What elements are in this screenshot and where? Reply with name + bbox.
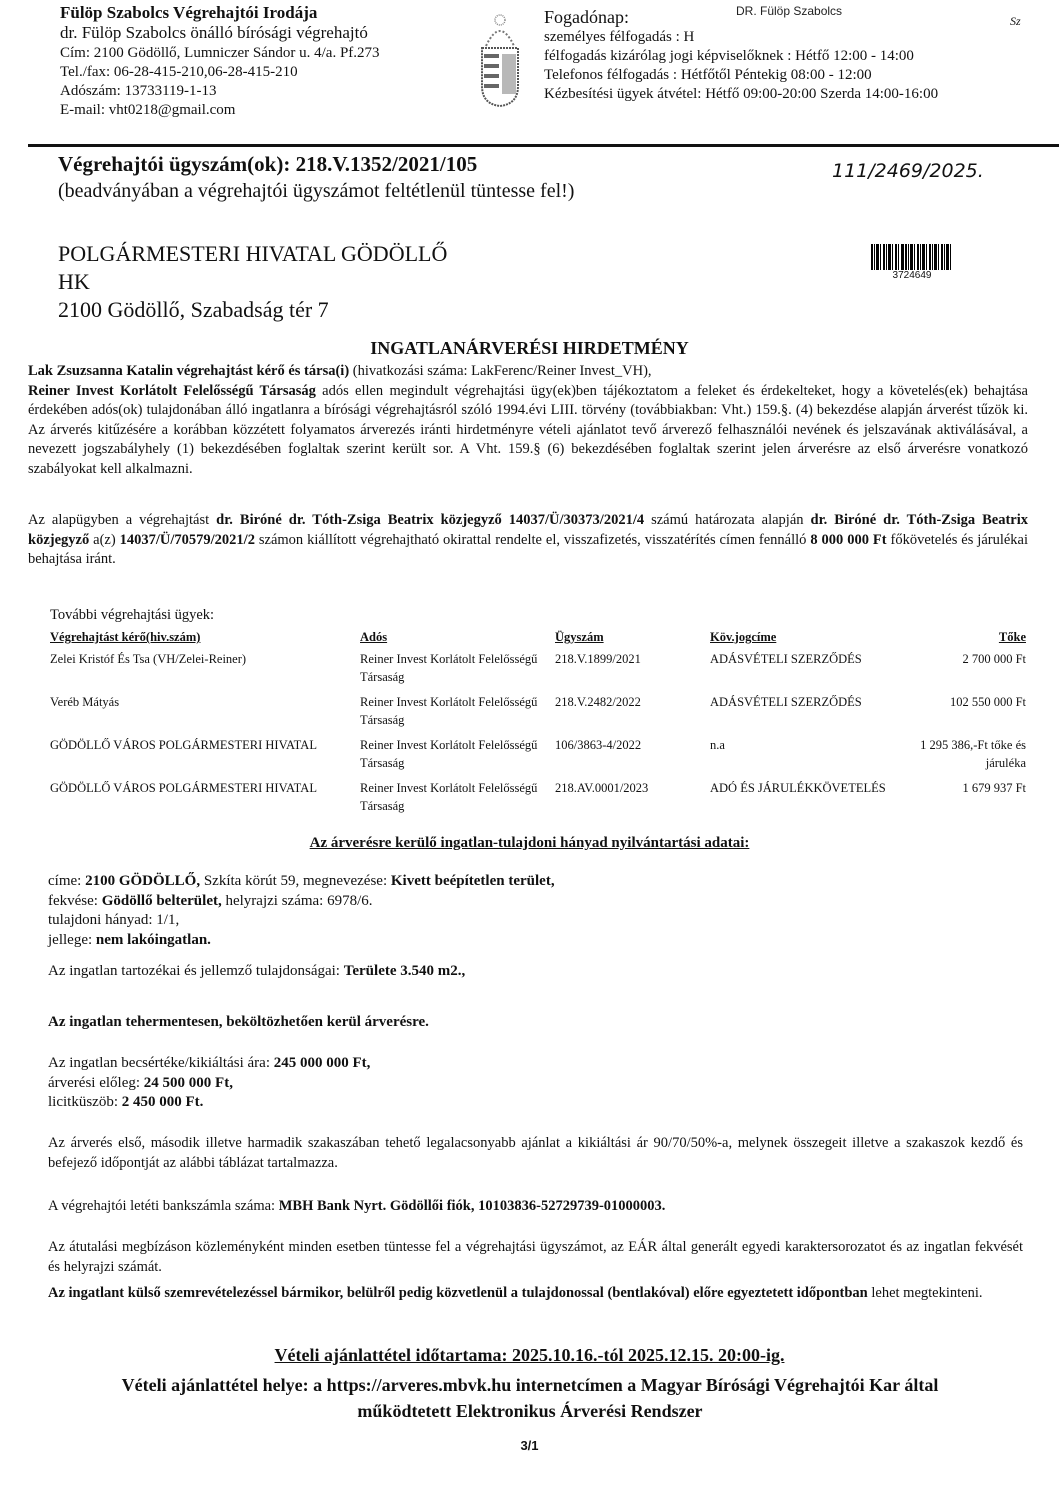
property-location: Gödöllő belterület, [102, 893, 222, 909]
basis-text: a(z) [89, 532, 119, 548]
table-cell: 106/3863-4/2022 [553, 735, 708, 778]
addressee: POLGÁRMESTERI HIVATAL GÖDÖLLŐ HK 2100 Gö… [58, 240, 447, 324]
column-header: Tőke [898, 628, 1028, 649]
table-cell: 2 700 000 Ft [898, 649, 1028, 692]
table-cell: ADÓ ÉS JÁRULÉKKÖVETELÉS [708, 778, 898, 821]
reception-line: félfogadás kizárólag jogi képviselőknek … [544, 47, 938, 66]
addressee-line2: HK [58, 268, 447, 296]
label: fekvése: [48, 893, 102, 909]
debtor: Reiner Invest Korlátolt Felelősségű Társ… [28, 383, 316, 399]
creditor: Lak Zsuzsanna Katalin végrehajtást kérő … [28, 363, 349, 379]
table-cell: Veréb Mátyás [48, 692, 358, 735]
creditor-reference: (hivatkozási száma: LakFerenc/Reiner Inv… [349, 363, 651, 379]
property-features: Az ingatlan tartozékai és jellemző tulaj… [48, 963, 465, 980]
table-cell: 218.V.2482/2022 [553, 692, 708, 735]
bid-step: 2 450 000 Ft. [122, 1094, 204, 1110]
bank-account: A végrehajtói letéti bankszámla száma: M… [48, 1196, 1023, 1216]
barcode-icon [871, 244, 951, 270]
table-cell: ADÁSVÉTELI SZERZŐDÉS [708, 649, 898, 692]
stages-note: Az árverés első, második illetve harmadi… [48, 1133, 1023, 1173]
property-share: tulajdoni hányad: 1/1, [48, 911, 555, 931]
basis-amount: 8 000 000 Ft [810, 532, 886, 548]
table-cell: Reiner Invest Korlátolt Felelősségű Társ… [358, 778, 553, 821]
table-cell: ADÁSVÉTELI SZERZŐDÉS [708, 692, 898, 735]
basis-text: számú határozata alapján [644, 512, 810, 528]
office-name: Fülöp Szabolcs Végrehajtói Irodája [60, 4, 380, 22]
starting-price: 245 000 000 Ft, [274, 1055, 371, 1071]
office-address: Cím: 2100 Gödöllő, Lumniczer Sándor u. 4… [60, 44, 380, 63]
column-header: Köv.jogcíme [708, 628, 898, 649]
table-row: GÖDÖLLŐ VÁROS POLGÁRMESTERI HIVATALReine… [48, 778, 1028, 821]
page-number: 3/1 [0, 1438, 1059, 1453]
table-cell: Reiner Invest Korlátolt Felelősségű Társ… [358, 735, 553, 778]
auction-deposit: 24 500 000 Ft, [144, 1075, 233, 1091]
label: árverési előleg: [48, 1075, 144, 1091]
barcode-number: 3724649 [872, 270, 952, 281]
column-header: Adós [358, 628, 553, 649]
offer-period: Vételi ajánlattétel időtartama: 2025.10.… [0, 1345, 1059, 1366]
property-designation: Kivett beépítetlen terület, [391, 873, 555, 889]
label: A végrehajtói letéti bankszámla száma: [48, 1198, 279, 1214]
label: licitküszöb: [48, 1094, 122, 1110]
addressee-name: POLGÁRMESTERI HIVATAL GÖDÖLLŐ [58, 240, 447, 268]
transfer-note: Az átutalási megbízáson közleményként mi… [48, 1237, 1023, 1277]
bank-account-number: MBH Bank Nyrt. Gödöllői fiók, 10103836-5… [279, 1198, 666, 1214]
property-encumbrance: Az ingatlan tehermentesen, beköltözhetőe… [48, 1014, 429, 1031]
office-tax-number: Adószám: 13733119-1-13 [60, 82, 380, 101]
table-cell: Reiner Invest Korlátolt Felelősségű Társ… [358, 692, 553, 735]
table-cell: 218.V.1899/2021 [553, 649, 708, 692]
column-header: Ügyszám [553, 628, 708, 649]
table-row: GÖDÖLLŐ VÁROS POLGÁRMESTERI HIVATALReine… [48, 735, 1028, 778]
property-parcel: helyrajzi száma: 6978/6. [222, 893, 373, 909]
reception-line: Telefonos félfogadás : Hétfőtől Péntekig… [544, 66, 938, 85]
label: Az ingatlan tartozékai és jellemző tulaj… [48, 963, 344, 979]
addressee-address: 2100 Gödöllő, Szabadság tér 7 [58, 296, 447, 324]
basis-document: 14037/Ü/70579/2021/2 [120, 532, 255, 548]
table-cell: 1 679 937 Ft [898, 778, 1028, 821]
reception-hours: Fogadónap: személyes félfogadás : H félf… [544, 6, 938, 104]
property-section-title: Az árverésre kerülő ingatlan-tulajdoni h… [0, 835, 1059, 852]
document-title: INGATLANÁRVERÉSI HIRDETMÉNY [0, 338, 1059, 359]
basis-paragraph: Az alapügyben a végrehajtást dr. Biróné … [28, 511, 1028, 570]
table-cell: Zelei Kristóf És Tsa (VH/Zelei-Reiner) [48, 649, 358, 692]
coat-of-arms-icon [476, 8, 524, 108]
case-number: Végrehajtói ügyszám(ok): 218.V.1352/2021… [58, 152, 477, 177]
table-row: Veréb MátyásReiner Invest Korlátolt Fele… [48, 692, 1028, 735]
table-cell: n.a [708, 735, 898, 778]
column-header: Végrehajtást kérő(hiv.szám) [48, 628, 358, 649]
table-cell: Reiner Invest Korlátolt Felelősségű Társ… [358, 649, 553, 692]
basis-text: számon kiállított végrehajtható okiratta… [255, 532, 810, 548]
table-row: Zelei Kristóf És Tsa (VH/Zelei-Reiner)Re… [48, 649, 1028, 692]
other-cases-table: Végrehajtást kérő(hiv.szám) Adós Ügyszám… [48, 628, 1028, 821]
property-area: Területe 3.540 m2., [344, 963, 466, 979]
reception-line: személyes félfogadás : H [544, 28, 938, 47]
label: címe: [48, 873, 85, 889]
table-cell: GÖDÖLLŐ VÁROS POLGÁRMESTERI HIVATAL [48, 778, 358, 821]
table-cell: 218.AV.0001/2023 [553, 778, 708, 821]
reception-line: Kézbesítési ügyek átvétel: Hétfő 09:00-2… [544, 85, 938, 104]
offer-place: Vételi ajánlattétel helye: a https://arv… [100, 1372, 960, 1424]
signature-mark: Sz [1010, 14, 1021, 29]
table-cell: 102 550 000 Ft [898, 692, 1028, 735]
label: Az ingatlan becsértéke/kikiáltási ára: [48, 1055, 274, 1071]
property-pricing: Az ingatlan becsértéke/kikiáltási ára: 2… [48, 1054, 370, 1113]
label: jellege: [48, 932, 96, 948]
viewing-note: Az ingatlant külső szemrevételezéssel bá… [48, 1283, 1023, 1303]
bailiff-name: dr. Fülöp Szabolcs önálló bírósági végre… [60, 22, 380, 44]
viewing-text: Az ingatlant külső szemrevételezéssel bá… [48, 1285, 868, 1301]
office-phone: Tel./fax: 06-28-415-210,06-28-415-210 [60, 63, 380, 82]
table-cell: 1 295 386,-Ft tőke és járuléka [898, 735, 1028, 778]
viewing-text: lehet megtekinteni. [868, 1285, 983, 1301]
property-street: Szkíta körút 59, megnevezése: [200, 873, 391, 889]
basis-issuer: dr. Biróné dr. Tóth-Zsiga Beatrix közjeg… [216, 512, 644, 528]
property-details: címe: 2100 GÖDÖLLŐ, Szkíta körút 59, meg… [48, 872, 555, 950]
top-stamp: DR. Fülöp Szabolcs [736, 4, 842, 18]
table-cell: GÖDÖLLŐ VÁROS POLGÁRMESTERI HIVATAL [48, 735, 358, 778]
basis-text: Az alapügyben a végrehajtást [28, 512, 216, 528]
office-header: Fülöp Szabolcs Végrehajtói Irodája dr. F… [60, 4, 380, 120]
header-divider [28, 144, 1059, 147]
case-note: (beadványában a végrehajtói ügyszámot fe… [58, 180, 574, 203]
other-cases-title: További végrehajtási ügyek: [50, 607, 214, 624]
property-address: 2100 GÖDÖLLŐ, [85, 873, 200, 889]
office-email: E-mail: vht0218@gmail.com [60, 101, 380, 120]
intro-paragraph: Lak Zsuzsanna Katalin végrehajtást kérő … [28, 362, 1028, 479]
property-nature: nem lakóingatlan. [96, 932, 211, 948]
handwritten-reference: 111/2469/2025. [832, 160, 984, 182]
